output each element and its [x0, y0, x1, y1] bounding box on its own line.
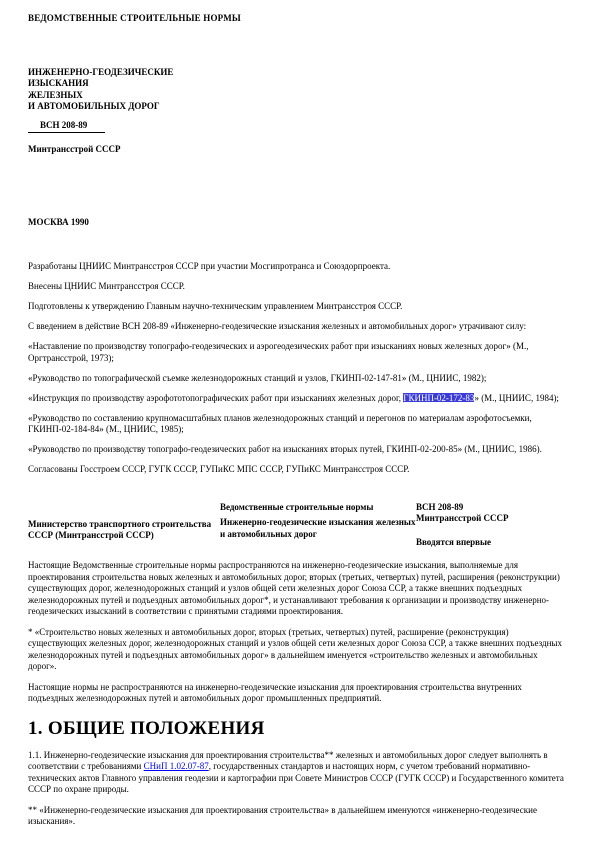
paragraph-submitted: Внесены ЦНИИС Минтрансстроя СССР. [28, 281, 567, 293]
norms-header-table: Министерство транспортного строительства… [28, 502, 567, 549]
superseded-item-4: «Руководство по составлению крупномасшта… [28, 413, 567, 436]
section-1-heading: 1. ОБЩИЕ ПОЛОЖЕНИЯ [28, 718, 567, 740]
paragraph-developed: Разработаны ЦНИИС Минтрансстроя СССР при… [28, 261, 567, 273]
footnote-double-star: ** «Инженерно-геодезические изыскания дл… [28, 805, 567, 828]
paragraph-supersede-intro: С введением в действие ВСН 208-89 «Инжен… [28, 321, 567, 333]
superseded-item-5: «Руководство по производству топографо-г… [28, 444, 567, 456]
document-title-line-4: И АВТОМОБИЛЬНЫХ ДОРОГ [28, 101, 567, 113]
document-title-line-2: ИЗЫСКАНИЯ [28, 78, 567, 90]
snip-1-02-07-87-link[interactable]: СНиП 1.02.07-87 [144, 761, 209, 771]
norms-type: Ведомственные строительные нормы [220, 502, 416, 514]
document-number: ВСН 208-89 [28, 120, 105, 134]
paragraph-agreed: Согласованы Госстроем СССР, ГУГК СССР, Г… [28, 464, 567, 476]
doc-ministry-value: Минтрансстрой СССР [416, 513, 567, 525]
superseded-item-2: «Руководство по топографической съемке ж… [28, 373, 567, 385]
paragraph-scope-applies: Настоящие Ведомственные строительные нор… [28, 560, 567, 618]
gkinp-02-172-83-link[interactable]: ГКИНП-02-172-83 [403, 393, 474, 403]
doc-number-value: ВСН 208-89 [416, 502, 567, 514]
city-year: МОСКВА 1990 [28, 217, 567, 229]
header-table-number-cell: ВСН 208-89 Минтрансстрой СССР Вводятся в… [416, 502, 567, 549]
norms-title: Инженерно-геодезические изыскания железн… [220, 517, 416, 540]
document-title: ИНЖЕНЕРНО-ГЕОДЕЗИЧЕСКИЕ ИЗЫСКАНИЯ ЖЕЛЕЗН… [28, 67, 567, 113]
ministry-name: Минтрансстрой СССР [28, 144, 567, 156]
header-table-title-cell: Ведомственные строительные нормы Инженер… [220, 502, 416, 549]
superseded-item-3-pre: «Инструкция по производству аэрофототопо… [28, 393, 403, 403]
paragraph-prepared: Подготовлены к утверждению Главным научн… [28, 301, 567, 313]
superseded-item-3-post: » (М., ЦНИИС, 1984); [474, 393, 559, 403]
superseded-item-1: «Наставление по производству топографо-г… [28, 341, 567, 364]
paragraph-scope-not-applies: Настоящие нормы не распространяются на и… [28, 682, 567, 705]
header-table-doc-number: ВСН 208-89 Минтрансстрой СССР [416, 502, 567, 525]
header-table-ministry-cell: Министерство транспортного строительства… [28, 502, 220, 549]
document-kicker: ВЕДОМСТВЕННЫЕ СТРОИТЕЛЬНЫЕ НОРМЫ [28, 13, 567, 25]
document-number-row: ВСН 208-89 [28, 120, 567, 134]
document-page: ВЕДОМСТВЕННЫЕ СТРОИТЕЛЬНЫЕ НОРМЫ ИНЖЕНЕР… [0, 0, 595, 828]
footnote-star: * «Строительство новых железных и автомо… [28, 627, 567, 673]
superseded-item-3: «Инструкция по производству аэрофототопо… [28, 393, 567, 405]
introduced-status: Вводятся впервые [416, 537, 567, 549]
document-title-line-1: ИНЖЕНЕРНО-ГЕОДЕЗИЧЕСКИЕ [28, 67, 567, 79]
document-title-line-3: ЖЕЛЕЗНЫХ [28, 90, 567, 102]
paragraph-1-1: 1.1. Инженерно-геодезические изыскания д… [28, 750, 567, 796]
